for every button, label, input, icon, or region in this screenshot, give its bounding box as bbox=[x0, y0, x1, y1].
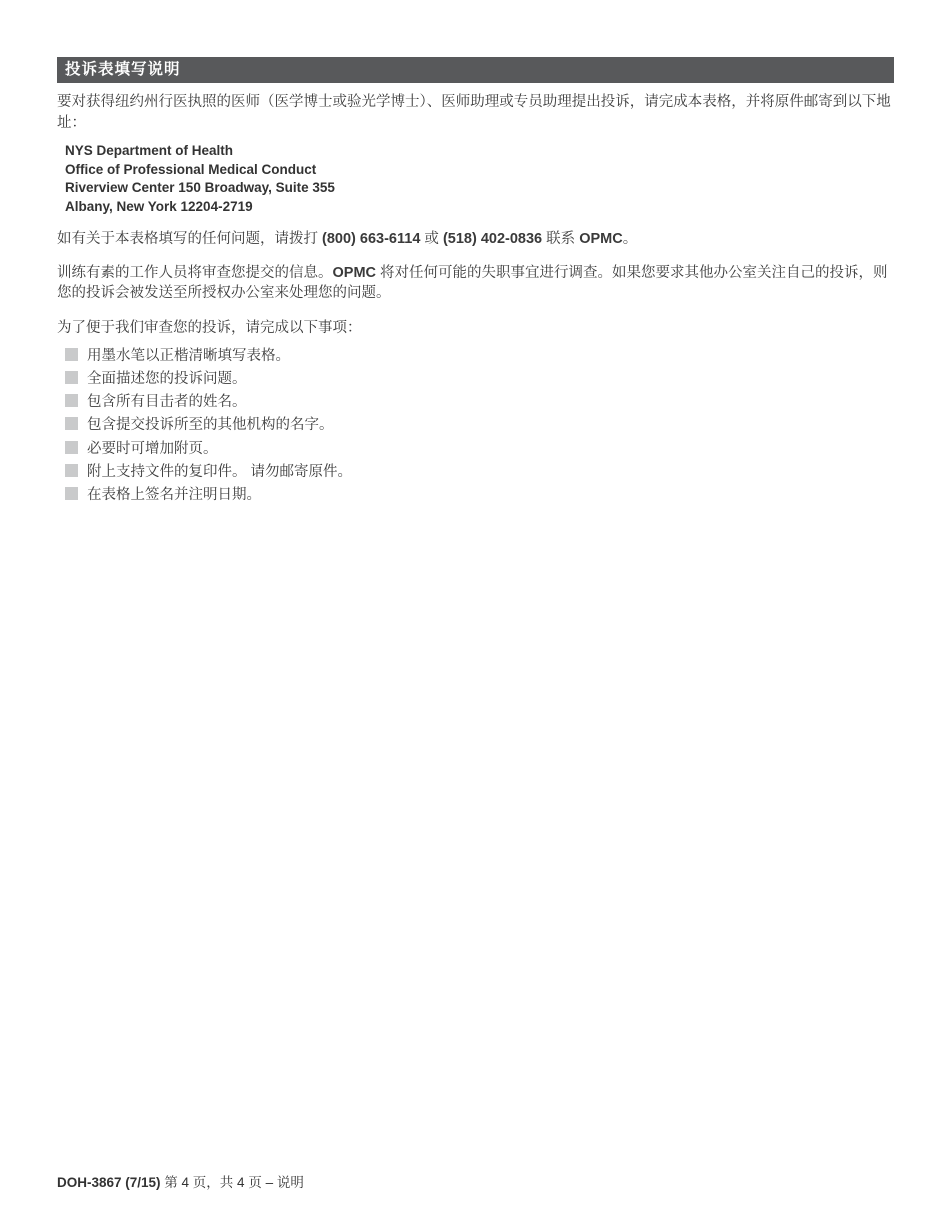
phone-number-2: (518) 402-0836 bbox=[443, 231, 542, 247]
checklist-item-label: 全面描述您的投诉问题。 bbox=[87, 367, 247, 388]
checklist-item: 全面描述您的投诉问题。 bbox=[57, 366, 894, 389]
page-footer: DOH-3867 (7/15) 第 4 页，共 4 页 – 说明 bbox=[57, 1171, 304, 1191]
contact-prefix: 如有关于本表格填写的任何问题，请拨打 bbox=[57, 231, 322, 247]
checklist-item: 包含所有目击者的姓名。 bbox=[57, 389, 894, 412]
contact-conjunction: 或 bbox=[420, 231, 443, 247]
checklist-item-label: 在表格上签名并注明日期。 bbox=[87, 483, 261, 504]
address-line-department: NYS Department of Health bbox=[65, 142, 894, 161]
checkbox-square-icon bbox=[65, 371, 78, 384]
page-number-info: 第 4 页，共 4 页 – 说明 bbox=[161, 1175, 304, 1190]
form-number: DOH-3867 (7/15) bbox=[57, 1175, 161, 1190]
section-title-bar: 投诉表填写说明 bbox=[57, 57, 894, 83]
checklist-item-label: 包含提交投诉所至的其他机构的名字。 bbox=[87, 413, 334, 434]
checkbox-square-icon bbox=[65, 417, 78, 430]
review-part1: 训练有素的工作人员将审查您提交的信息。 bbox=[57, 265, 333, 281]
checklist-item: 在表格上签名并注明日期。 bbox=[57, 482, 894, 505]
checklist-item: 附上支持文件的复印件。 请勿邮寄原件。 bbox=[57, 459, 894, 482]
checkbox-square-icon bbox=[65, 348, 78, 361]
address-line-city: Albany, New York 12204-2719 bbox=[65, 198, 894, 217]
document-page: 投诉表填写说明 要对获得纽约州行医执照的医师（医学博士或验光学博士）、医师助理或… bbox=[0, 0, 950, 1230]
contact-period: 。 bbox=[623, 231, 638, 247]
checklist-item: 用墨水笔以正楷清晰填写表格。 bbox=[57, 342, 894, 365]
checklist-item: 包含提交投诉所至的其他机构的名字。 bbox=[57, 412, 894, 435]
checkbox-square-icon bbox=[65, 464, 78, 477]
address-line-street: Riverview Center 150 Broadway, Suite 355 bbox=[65, 179, 894, 198]
section-title: 投诉表填写说明 bbox=[65, 61, 181, 78]
org-name: OPMC bbox=[579, 231, 623, 247]
phone-number-1: (800) 663-6114 bbox=[322, 231, 420, 247]
checklist-item-label: 附上支持文件的复印件。 请勿邮寄原件。 bbox=[87, 460, 352, 481]
checklist-item-label: 包含所有目击者的姓名。 bbox=[87, 390, 247, 411]
review-paragraph: 训练有素的工作人员将审查您提交的信息。OPMC 将对任何可能的失职事宜进行调查。… bbox=[57, 263, 894, 304]
checklist-item: 必要时可增加附页。 bbox=[57, 436, 894, 459]
address-line-office: Office of Professional Medical Conduct bbox=[65, 161, 894, 180]
checklist-item-label: 用墨水笔以正楷清晰填写表格。 bbox=[87, 344, 290, 365]
contact-suffix: 联系 bbox=[542, 231, 579, 247]
checklist-item-label: 必要时可增加附页。 bbox=[87, 437, 218, 458]
intro-paragraph-text: 要对获得纽约州行医执照的医师（医学博士或验光学博士）、医师助理或专员助理提出投诉… bbox=[57, 94, 891, 131]
checkbox-square-icon bbox=[65, 487, 78, 500]
mailing-address-block: NYS Department of Health Office of Profe… bbox=[65, 142, 894, 216]
org-name: OPMC bbox=[333, 265, 377, 281]
intro-paragraph: 要对获得纽约州行医执照的医师（医学博士或验光学博士）、医师助理或专员助理提出投诉… bbox=[57, 92, 894, 133]
checklist-intro: 为了便于我们审查您的投诉，请完成以下事项： bbox=[57, 318, 894, 339]
contact-paragraph: 如有关于本表格填写的任何问题，请拨打 (800) 663-6114 或 (518… bbox=[57, 229, 894, 250]
checklist: 用墨水笔以正楷清晰填写表格。 全面描述您的投诉问题。 包含所有目击者的姓名。 包… bbox=[57, 342, 894, 505]
checkbox-square-icon bbox=[65, 441, 78, 454]
checkbox-square-icon bbox=[65, 394, 78, 407]
checklist-intro-text: 为了便于我们审查您的投诉，请完成以下事项： bbox=[57, 320, 362, 336]
page-content: 投诉表填写说明 要对获得纽约州行医执照的医师（医学博士或验光学博士）、医师助理或… bbox=[57, 57, 894, 505]
